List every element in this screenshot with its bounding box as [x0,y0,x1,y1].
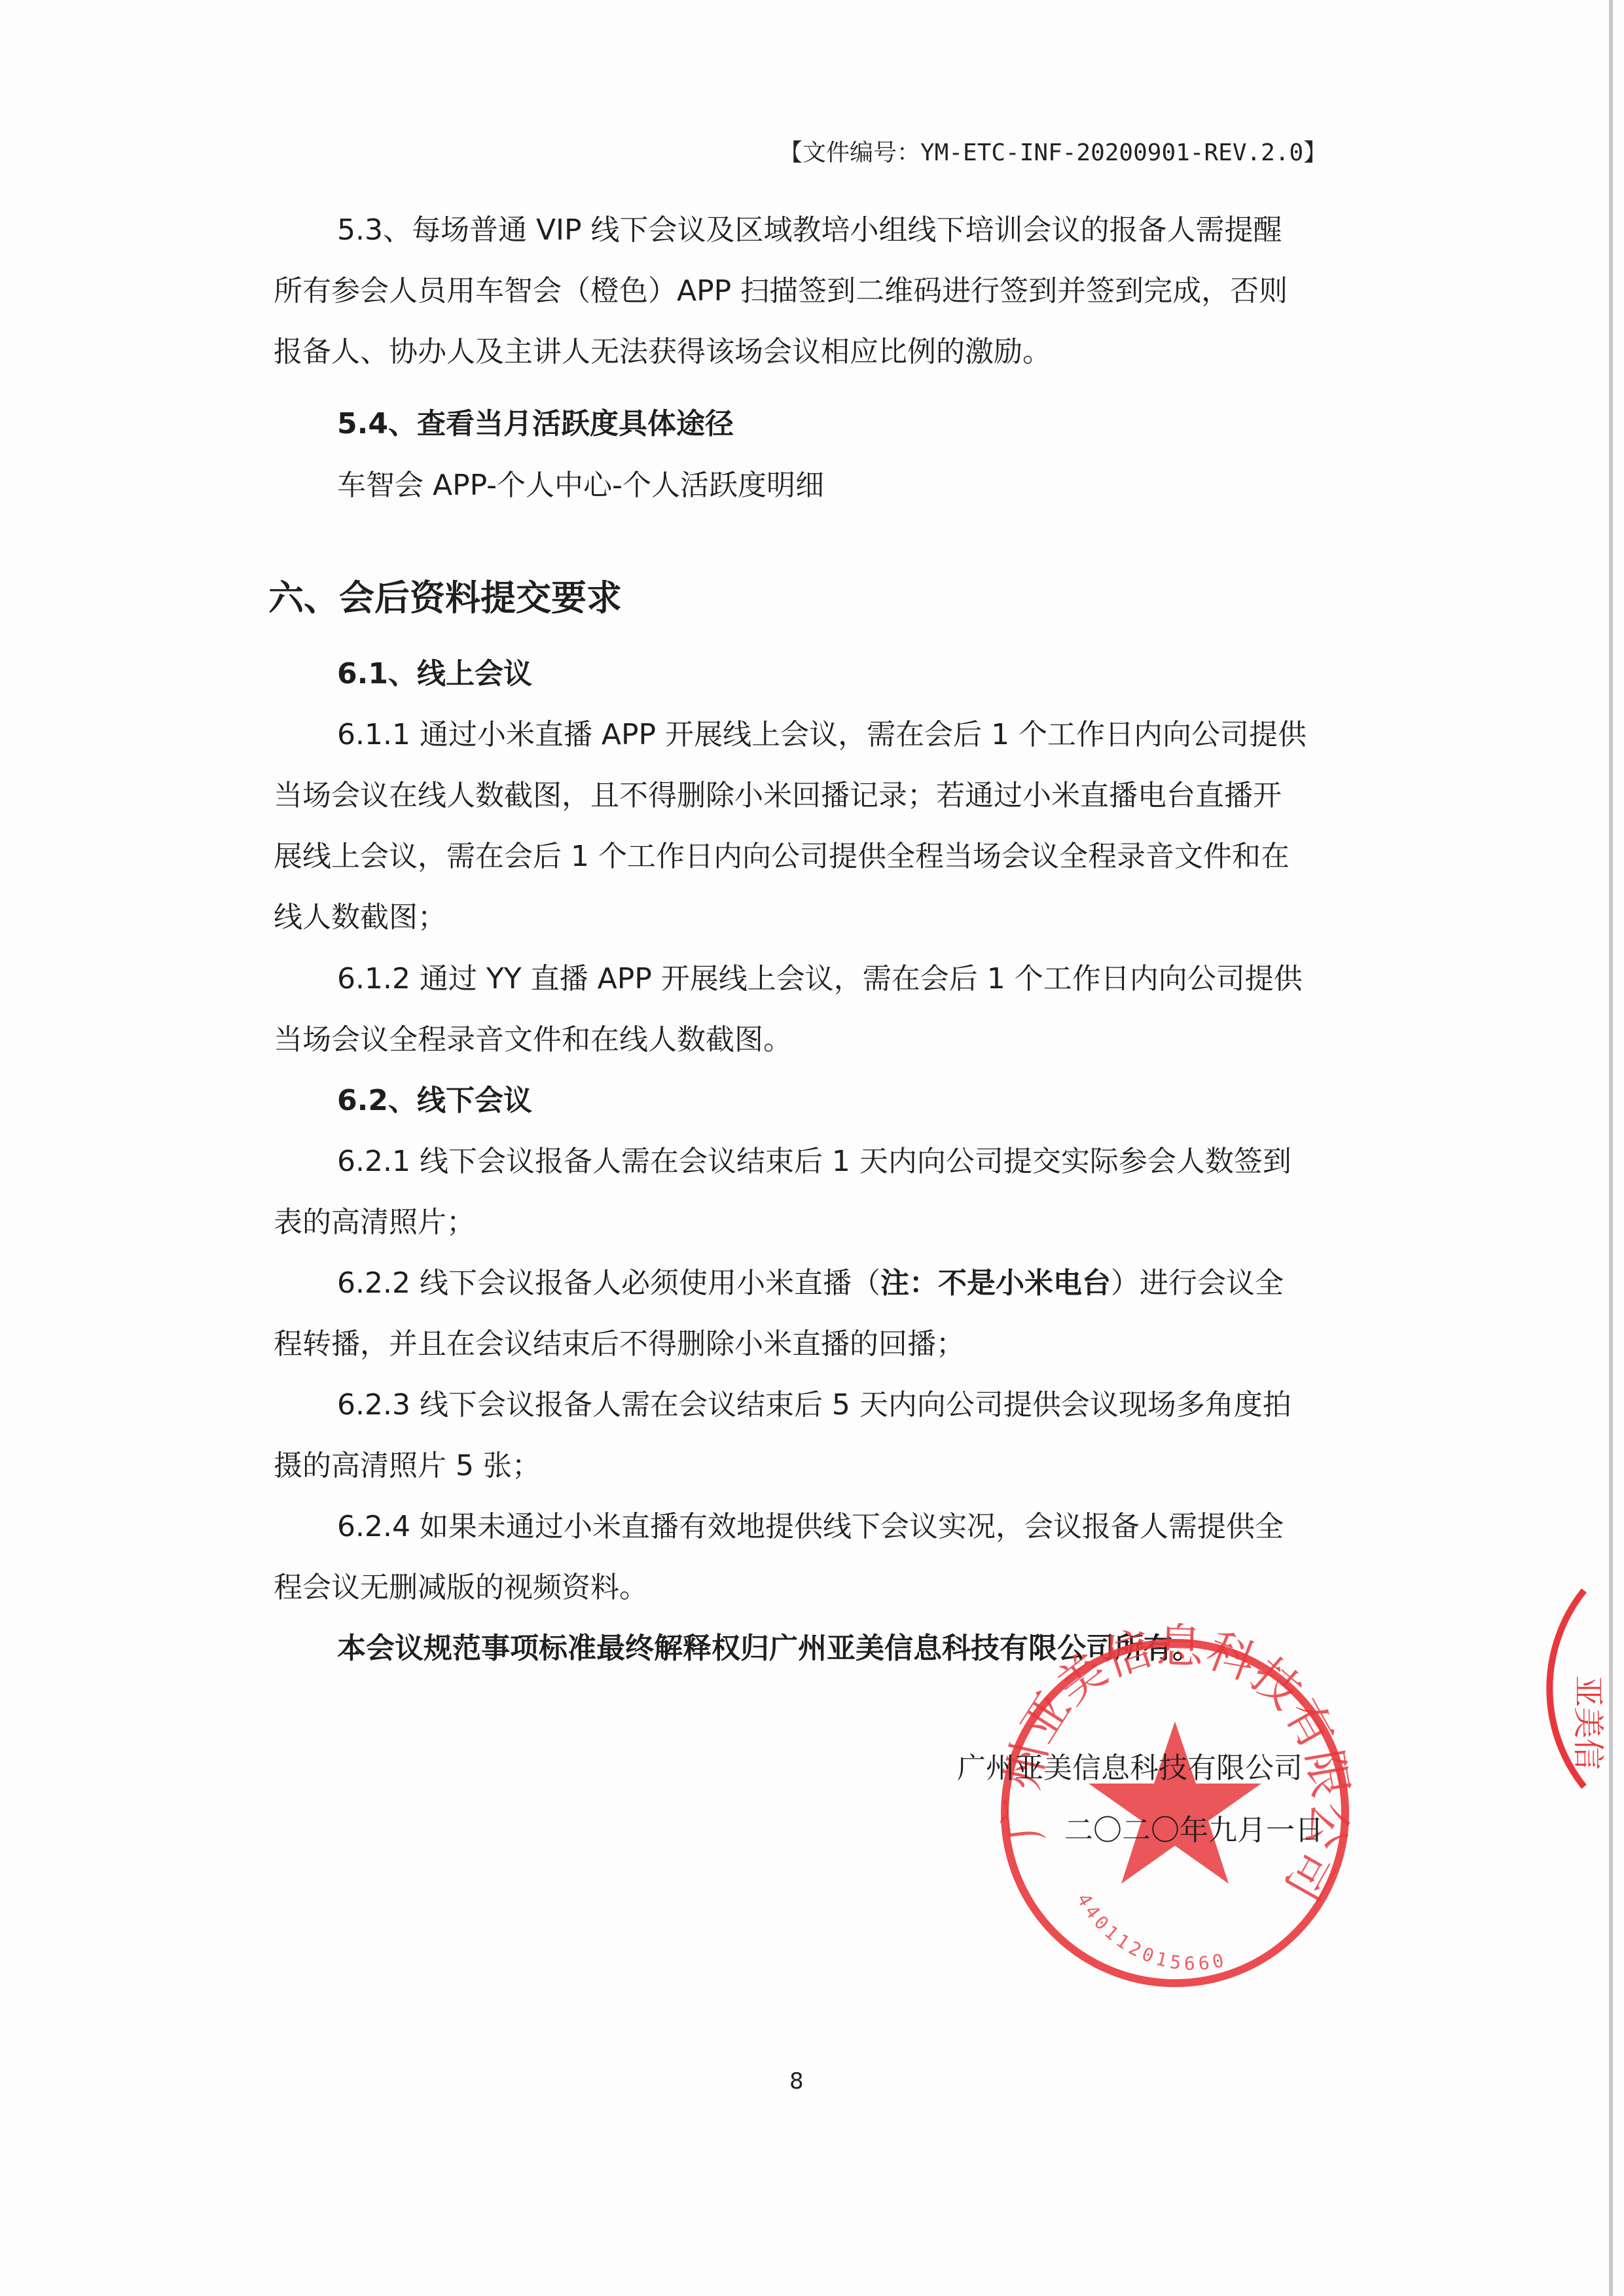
svg-text:亚美信: 亚美信 [1570,1676,1606,1770]
signature-company: 广州亚美信息科技有限公司 [957,1744,1303,1786]
section-6-title: 六、会后资料提交要求 [268,579,622,618]
heading-5-4: 5.4、查看当月活跃度具体途径 [337,404,734,444]
item-6-2-4-line-2: 程会议无删减版的视频资料。 [274,1568,648,1607]
item-6-2-2-line-1: 6.2.2 线下会议报备人必须使用小米直播（注：不是小米电台）进行会议全 [337,1264,1284,1303]
activity-path-text: 车智会 APP-个人中心-个人活跃度明细 [337,466,824,505]
item-6-2-3-line-1: 6.2.3 线下会议报备人需在会议结束后 5 天内向公司提供会议现场多角度拍 [337,1386,1291,1425]
item-6-2-2-note: 注：不是小米电台 [880,1266,1111,1300]
item-6-1-1-line-3: 展线上会议，需在会后 1 个工作日内向公司提供全程当场会议全程录音文件和在 [274,837,1290,876]
item-6-1-1-line-1: 6.1.1 通过小米直播 APP 开展线上会议，需在会后 1 个工作日内向公司提… [337,715,1307,755]
paragraph-5-3-line-2: 所有参会人员用车智会（橙色）APP 扫描签到二维码进行签到并签到完成，否则 [274,272,1288,311]
item-6-1-2-line-1: 6.1.2 通过 YY 直播 APP 开展线上会议，需在会后 1 个工作日内向公… [337,960,1303,999]
item-6-1-2-line-2: 当场会议全程录音文件和在线人数截图。 [274,1020,792,1060]
item-6-1-1-line-4: 线人数截图； [274,898,446,937]
paragraph-5-3-line-3: 报备人、协办人及主讲人无法获得该场会议相应比例的激励。 [274,332,1051,372]
item-6-2-2-line-2: 程转播，并且在会议结束后不得删除小米直播的回播； [274,1325,965,1364]
heading-6-1: 6.1、线上会议 [337,655,532,694]
document-page: 【文件编号：YM-ETC-INF-20200901-REV.2.0】 5.3、每… [0,0,1624,2296]
document-number: 【文件编号：YM-ETC-INF-20200901-REV.2.0】 [779,134,1327,168]
item-6-2-1-line-1: 6.2.1 线下会议报备人需在会议结束后 1 天内向公司提交实际参会人数签到 [337,1142,1291,1181]
signature-date: 二〇二〇年九月一日 [1064,1806,1324,1848]
page-number: 8 [789,2068,804,2094]
item-6-2-1-line-2: 表的高清照片； [274,1203,475,1242]
heading-6-2: 6.2、线下会议 [337,1081,532,1121]
page-edge-shadow [1609,0,1613,2296]
edge-seal-icon: 亚美信 [1506,1577,1610,1800]
paragraph-5-3-line-1: 5.3、每场普通 VIP 线下会议及区域教培小组线下培训会议的报备人需提醒 [337,211,1282,250]
item-6-1-1-line-2: 当场会议在线人数截图，且不得删除小米回播记录；若通过小米直播电台直播开 [274,776,1282,816]
item-6-2-2-suffix: ）进行会议全 [1111,1266,1284,1300]
item-6-2-4-line-1: 6.2.4 如果未通过小米直播有效地提供线下会议实况，会议报备人需提供全 [337,1507,1284,1547]
item-6-2-2-prefix: 6.2.2 线下会议报备人必须使用小米直播（ [337,1266,880,1300]
item-6-2-3-line-2: 摄的高清照片 5 张； [274,1446,541,1486]
